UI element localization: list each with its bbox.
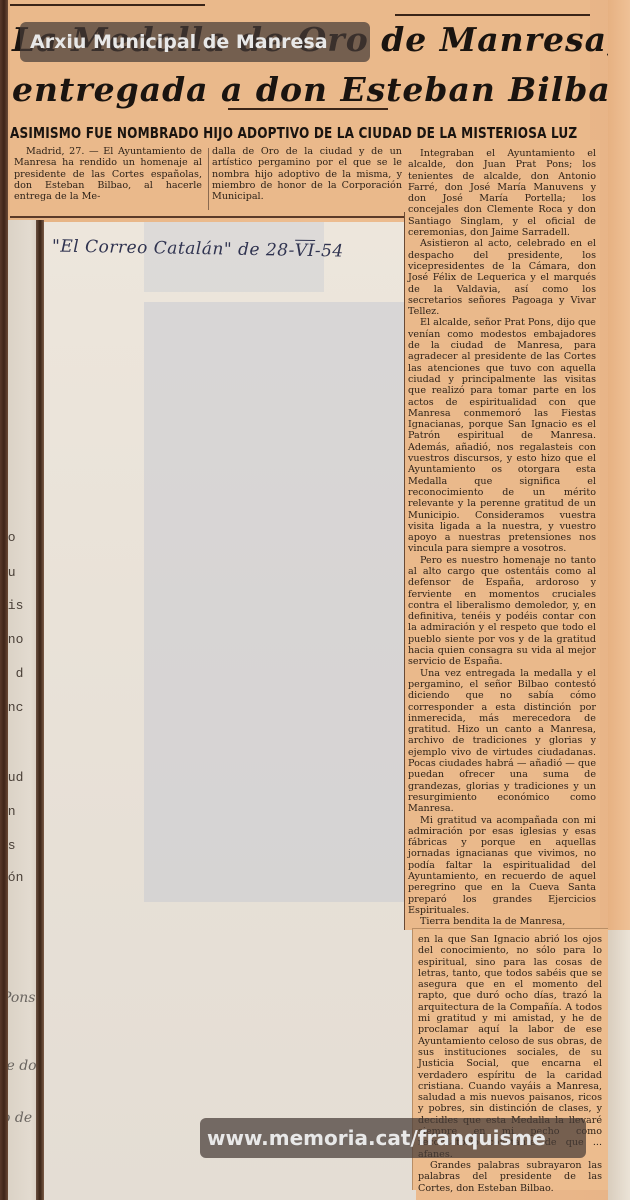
column-divider bbox=[404, 212, 405, 930]
top-rule-left bbox=[10, 4, 205, 6]
mounting-sheet bbox=[44, 222, 416, 1200]
note-year: -54 bbox=[315, 241, 344, 262]
paragraph: Pero es nuestro homenaje no tanto al alt… bbox=[408, 555, 596, 668]
article-column-3: Integraban el Ayuntamiento el alcalde, d… bbox=[408, 148, 596, 927]
subheadline: ASIMISMO FUE NOMBRADO HIJO ADOPTIVO DE L… bbox=[10, 124, 462, 142]
paragraph: Madrid, 27. — El Ayuntamiento de Manresa… bbox=[14, 146, 202, 202]
paragraph: Asistieron al acto, celebrado en el desp… bbox=[408, 238, 596, 317]
note-source: "El Correo Catalán" de 28- bbox=[52, 236, 295, 260]
site-watermark: www.memoria.cat/franquisme bbox=[200, 1118, 586, 1158]
headline-rule bbox=[228, 108, 388, 110]
paragraph: Mi gratitud va acompañada con mi admirac… bbox=[408, 815, 596, 917]
paragraph: dalla de Oro de la ciudad y de un artíst… bbox=[212, 146, 402, 202]
article-column-2: dalla de Oro de la ciudad y de un artíst… bbox=[212, 146, 402, 202]
article-column-1: Madrid, 27. — El Ayuntamiento de Manresa… bbox=[14, 146, 202, 202]
right-margin-lower bbox=[608, 930, 630, 1200]
headline-line-2: entregada a don Esteban Bilbao bbox=[12, 70, 630, 109]
note-month: VI bbox=[295, 240, 315, 261]
paragraph: Una vez entregada la medalla y el pergam… bbox=[408, 668, 596, 815]
paragraph: Grandes palabras subrayaron las palabras… bbox=[418, 1160, 602, 1194]
page-edge bbox=[36, 220, 44, 1200]
faded-photo bbox=[144, 302, 422, 902]
album-page: do yu nis ono o d enc iud on rs ión Pons… bbox=[0, 0, 630, 1200]
top-rule-right bbox=[395, 14, 590, 16]
paragraph: Integraban el Ayuntamiento el alcalde, d… bbox=[408, 148, 596, 238]
album-spine bbox=[0, 0, 8, 1200]
column-divider bbox=[208, 148, 209, 210]
paragraph: Tierra bendita la de Manresa, bbox=[408, 916, 596, 927]
archive-watermark: Arxiu Municipal de Manresa bbox=[20, 22, 370, 62]
paragraph: El alcalde, señor Prat Pons, dijo que ve… bbox=[408, 317, 596, 554]
